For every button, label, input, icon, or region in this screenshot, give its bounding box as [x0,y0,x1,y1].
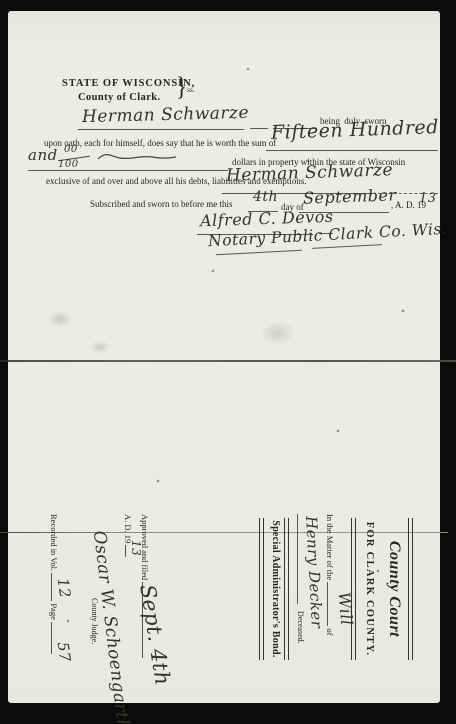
approved-year-handwriting: 13 [129,540,143,556]
matter-suffix: of [325,628,335,635]
recorded-vol-handwriting: 12 [54,577,75,599]
subscribed-line: Subscribed and sworn to before me this [90,199,232,209]
blank-line [28,170,228,171]
brace-glyph: } [176,72,187,102]
court-subtitle: FOR CLARK COUNTY. [364,518,375,660]
ss-label: ss. [187,85,195,94]
scanned-document: STATE OF WISCONSIN, } ss. County of Clar… [0,0,456,724]
deceased-label: Deceased. [296,611,305,644]
decedent-name-handwriting: Henry Decker [302,516,326,629]
sworn-month-handwriting: September [303,185,397,207]
oath-line: upon oath, each for himself, does say th… [44,138,276,148]
double-rule [408,518,413,660]
sworn-year-handwriting: 13 [419,191,437,206]
dash-segment [250,128,268,129]
double-rule [284,518,289,660]
docket-ad-label: A. D. 19 [123,514,133,543]
blank-line [266,150,438,151]
bond-title: Special Administrator's Bond. [270,518,281,660]
double-rule [259,518,264,660]
matter-prefix: In the Matter of the [325,514,335,580]
court-name: County Court [385,518,403,660]
docket-endorsement: County Court FOR CLARK COUNTY. In the Ma… [35,512,415,707]
fraction-denominator: 100 [58,159,79,170]
squiggle-flourish [96,150,178,164]
signature-line [297,514,298,604]
county-heading: County of Clark. [78,92,161,103]
page-label: Page [49,603,59,620]
amount-and-handwriting: and [28,146,58,164]
matter-line: In the Matter of the of [325,514,337,635]
recorded-page-handwriting: 57 [54,641,75,663]
fold-crease-upper [0,360,456,362]
matter-type-handwriting: Will [335,591,357,626]
double-rule [351,518,356,660]
recorded-label: Recorded in Vol. [49,514,59,571]
signature-line [78,129,244,130]
sworn-day-handwriting: 4th [253,189,278,205]
fraction-numerator: 00 [64,144,78,155]
judge-title: County Judge. [90,598,99,644]
